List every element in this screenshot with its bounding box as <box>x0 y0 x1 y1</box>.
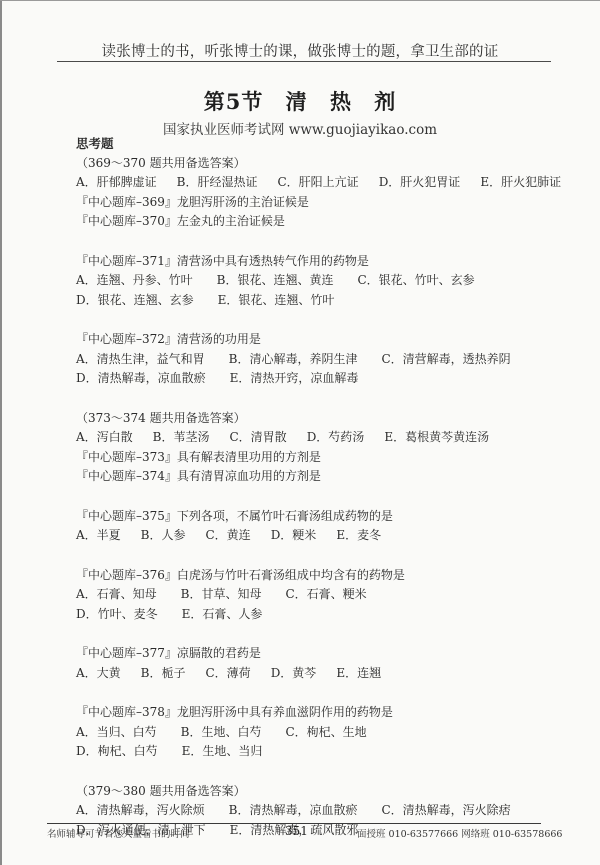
header-rule <box>57 61 551 62</box>
answer-option: C．银花、竹叶、玄参 <box>358 271 475 291</box>
options-row: A．清热解毒，泻火除烦B．清热解毒，凉血散瘀C．清热解毒，泻火除痞 <box>76 801 566 821</box>
question-content: 思考题 （369～370 题共用备选答案）A．肝郁脾虚证B．肝经湿热证C．肝阳上… <box>76 134 566 840</box>
question-stem: 『中心题库–375』下列各项，不属竹叶石膏汤组成药物的是 <box>76 507 566 527</box>
question-stem: 『中心题库–374』具有清胃凉血功用的方剂是 <box>76 467 566 487</box>
options-row: A．大黄B．栀子C．薄荷D．黄芩E．连翘 <box>76 664 566 684</box>
options-row: A．肝郁脾虚证B．肝经湿热证C．肝阳上亢证D．肝火犯胃证E．肝火犯肺证 <box>76 173 566 193</box>
options-row: D．竹叶、麦冬E．石膏、人参 <box>76 605 566 625</box>
answer-option: B．银花、连翘、黄连 <box>217 271 334 291</box>
answer-option: C．肝阳上亢证 <box>278 173 359 193</box>
answer-option: D．枸杞、白芍 <box>76 742 158 762</box>
answer-option: D．芍药汤 <box>307 428 365 448</box>
question-stem: 『中心题库–376』白虎汤与竹叶石膏汤组成中均含有的药物是 <box>76 566 566 586</box>
answer-option: B．肝经湿热证 <box>177 173 258 193</box>
group-spacer <box>76 310 566 330</box>
answer-option: E．清热开窍，凉血解毒 <box>230 369 359 389</box>
options-row: A．石膏、知母B．甘草、知母C．石膏、粳米 <box>76 585 566 605</box>
answer-option: A．清热生津，益气和胃 <box>76 350 205 370</box>
answer-option: B．栀子 <box>141 664 186 684</box>
answer-option: B．生地、白芍 <box>181 723 262 743</box>
shared-answers-note: （373～374 题共用备选答案） <box>76 409 566 429</box>
answer-option: D．银花、连翘、玄参 <box>76 291 194 311</box>
options-row: D．枸杞、白芍E．生地、当归 <box>76 742 566 762</box>
page-edge-top <box>0 0 600 1</box>
answer-option: A．半夏 <box>76 526 121 546</box>
answer-option: E．麦冬 <box>336 526 381 546</box>
answer-option: A．连翘、丹参、竹叶 <box>76 271 193 291</box>
answer-option: E．银花、连翘、竹叶 <box>218 291 335 311</box>
answer-option: A．肝郁脾虚证 <box>76 173 157 193</box>
answer-option: A．大黄 <box>76 664 121 684</box>
footer-left-text: 名师辅导可节省您大量看书的时间 <box>47 826 190 840</box>
question-stem: 『中心题库–378』龙胆泻肝汤中具有养血滋阴作用的药物是 <box>76 703 566 723</box>
options-row: A．半夏B．人参C．黄连D．粳米E．麦冬 <box>76 526 566 546</box>
group-spacer <box>76 546 566 566</box>
answer-option: D．清热解毒，凉血散瘀 <box>76 369 206 389</box>
question-stem: 『中心题库–377』凉膈散的君药是 <box>76 644 566 664</box>
section-label: 思考题 <box>76 134 566 154</box>
shared-answers-note: （379～380 题共用备选答案） <box>76 782 566 802</box>
answer-option: E．连翘 <box>336 664 381 684</box>
answer-option: A．清热解毒，泻火除烦 <box>76 801 205 821</box>
footer-right-text: 面授班 010-63577666 网络班 010-63578666 <box>357 826 562 840</box>
page-title: 第5节 清 热 剂 <box>0 86 600 116</box>
answer-option: C．清胃散 <box>230 428 287 448</box>
answer-option: B．苇茎汤 <box>153 428 210 448</box>
answer-option: B．甘草、知母 <box>181 585 262 605</box>
answer-option: D．肝火犯胃证 <box>379 173 461 193</box>
answer-option: C．清营解毒，透热养阴 <box>382 350 511 370</box>
page-number: 351 <box>285 824 308 838</box>
answer-option: B．清热解毒，凉血散瘀 <box>229 801 358 821</box>
answer-option: B．人参 <box>141 526 186 546</box>
question-stem: 『中心题库–370』左金丸的主治证候是 <box>76 212 566 232</box>
question-stem: 『中心题库–372』清营汤的功用是 <box>76 330 566 350</box>
title-word: 清 <box>286 89 308 114</box>
answer-option: E．生地、当归 <box>182 742 263 762</box>
answer-option: C．清热解毒，泻火除痞 <box>382 801 511 821</box>
answer-option: D．黄芩 <box>271 664 317 684</box>
section-number: 第5节 <box>204 89 264 114</box>
answer-option: C．石膏、粳米 <box>286 585 367 605</box>
options-row: D．银花、连翘、玄参E．银花、连翘、竹叶 <box>76 291 566 311</box>
answer-option: E．肝火犯肺证 <box>480 173 561 193</box>
answer-option: E．葛根黄芩黄连汤 <box>384 428 489 448</box>
answer-option: B．清心解毒，养阴生津 <box>229 350 358 370</box>
group-spacer <box>76 624 566 644</box>
answer-option: C．薄荷 <box>206 664 251 684</box>
options-row: A．泻白散B．苇茎汤C．清胃散D．芍药汤E．葛根黄芩黄连汤 <box>76 428 566 448</box>
title-word: 剂 <box>374 89 396 114</box>
group-spacer <box>76 487 566 507</box>
answer-option: D．粳米 <box>271 526 317 546</box>
title-word: 热 <box>330 89 352 114</box>
answer-option: E．石膏、人参 <box>182 605 263 625</box>
group-spacer <box>76 762 566 782</box>
answer-option: A．泻白散 <box>76 428 133 448</box>
group-spacer <box>76 232 566 252</box>
question-stem: 『中心题库–369』龙胆泻肝汤的主治证候是 <box>76 193 566 213</box>
question-stem: 『中心题库–373』具有解表清里功用的方剂是 <box>76 448 566 468</box>
options-row: D．清热解毒，凉血散瘀E．清热开窍，凉血解毒 <box>76 369 566 389</box>
answer-option: A．当归、白芍 <box>76 723 157 743</box>
group-spacer <box>76 389 566 409</box>
answer-option: D．竹叶、麦冬 <box>76 605 158 625</box>
options-row: A．当归、白芍B．生地、白芍C．枸杞、生地 <box>76 723 566 743</box>
answer-option: C．黄连 <box>206 526 251 546</box>
shared-answers-note: （369～370 题共用备选答案） <box>76 154 566 174</box>
group-spacer <box>76 683 566 703</box>
answer-option: A．石膏、知母 <box>76 585 157 605</box>
question-stem: 『中心题库–371』清营汤中具有透热转气作用的药物是 <box>76 252 566 272</box>
options-row: A．连翘、丹参、竹叶B．银花、连翘、黄连C．银花、竹叶、玄参 <box>76 271 566 291</box>
running-header: 读张博士的书，听张博士的课，做张博士的题，拿卫生部的证 <box>0 40 600 61</box>
answer-option: C．枸杞、生地 <box>286 723 367 743</box>
options-row: A．清热生津，益气和胃B．清心解毒，养阴生津C．清营解毒，透热养阴 <box>76 350 566 370</box>
